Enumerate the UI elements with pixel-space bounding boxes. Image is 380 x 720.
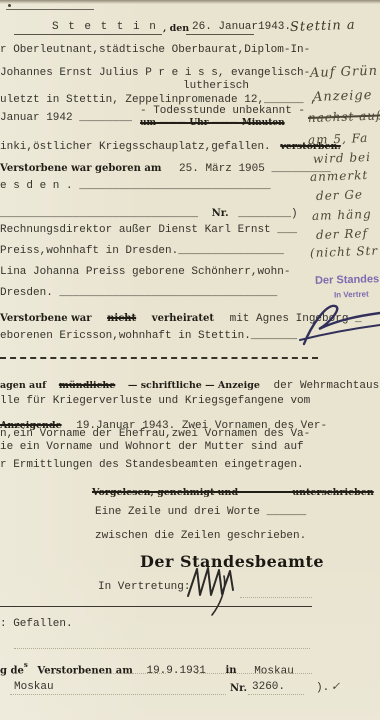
marriage-superscript: s xyxy=(24,660,28,669)
faint-line xyxy=(14,648,310,649)
margin-note: nachst auß xyxy=(308,108,380,125)
preprint-nr: Nr. xyxy=(212,208,229,219)
footer-underline-2 xyxy=(248,694,304,695)
signature-underline xyxy=(240,597,312,598)
report-typed-5: ie ein Vorname und Wohnort der Mutter si… xyxy=(0,441,304,453)
margin-note: anmerkt xyxy=(310,168,369,184)
preprint-report-1: agen auf xyxy=(0,380,46,391)
correction-line-2: zwischen die Zeilen geschrieben. xyxy=(95,530,306,542)
cause-of-death: : Gefallen. xyxy=(0,618,73,630)
line-father-1: Rechnungsdirektor außer Dienst Karl Erns… xyxy=(0,224,297,236)
dateline-den: , den xyxy=(163,23,189,34)
margin-note: am häng xyxy=(312,207,372,223)
dateline-underline-1 xyxy=(14,34,162,35)
line-death-hour: - Todesstunde unbekannt - xyxy=(140,105,305,117)
registrar-signature xyxy=(186,564,248,616)
marriage-place-underline xyxy=(196,673,312,674)
marriage-preprint-2: Verstorbenen am xyxy=(37,665,132,676)
nr-blank2: ________) xyxy=(238,208,297,220)
report-typed-6: r Ermittlungen des Standesbeamten einget… xyxy=(0,459,304,471)
preprint-born: Verstorbene war geboren am xyxy=(0,163,161,174)
margin-signature xyxy=(296,298,380,350)
marriage-row: g des Verstorbenen am 19.9.1931 in Moska… xyxy=(0,660,294,678)
line-birth-date: 25. März 1905 _________ xyxy=(179,163,331,175)
footer-nr-label: Nr. xyxy=(230,683,247,694)
line-mother-2: Dresden. _______________________________… xyxy=(0,287,277,299)
in-vertretung-label: In Vertretung: xyxy=(98,581,190,593)
preprint-hour-struck: um ——— Uhr ——— Minuten xyxy=(140,118,285,128)
line-mother-1: Lina Johanna Preiss geborene Schönherr,w… xyxy=(0,266,290,278)
line-occupation: r Oberleutnant,städtische Oberbaurat,Dip… xyxy=(0,44,310,56)
marriage-preprint-1: g de xyxy=(0,665,24,676)
dateline-year: 1943. xyxy=(258,21,291,33)
footer-nr-value: 3260. xyxy=(252,681,285,693)
nr-blank: ______________________________ xyxy=(0,208,198,220)
marriage-date: 19.9.1931 xyxy=(146,665,205,677)
line-death-place-row: inki,östlicher Kriegsschauplatz,gefallen… xyxy=(0,136,341,154)
margin-note: Auf Grün xyxy=(310,64,379,81)
line-report-row: agen auf mündliche — schriftliche — Anze… xyxy=(0,375,380,393)
corner-dot xyxy=(8,4,11,7)
line-religion: lutherisch xyxy=(183,80,249,92)
preprint-vorgelesen-struck: Vorgelesen, genehmigt und ————— untersch… xyxy=(92,487,374,498)
footer-checkmark: ✓ xyxy=(331,680,342,693)
line-name: Johannes Ernst Julius P r e i s s, evang… xyxy=(0,67,310,79)
dateline-place: S t e t t i n xyxy=(52,21,157,33)
marriage-place-2: Moskau xyxy=(14,681,54,693)
line-death-date: Januar 1942 ________ xyxy=(0,112,132,124)
report-typed-4: n,ein Vorname der Ehefrau,zwei Vornamen … xyxy=(0,428,310,440)
line-death-place: inki,östlicher Kriegsschauplatz,gefallen… xyxy=(0,141,271,153)
margin-hand-top: Stettin a xyxy=(290,18,356,35)
line-birth-place: e s d e n . ____________________________… xyxy=(0,180,271,192)
marriage-place: Moskau xyxy=(254,665,294,677)
report-typed-2: lle für Kriegerverluste und Kriegsgefang… xyxy=(0,395,310,407)
marriage-date-underline xyxy=(104,673,166,674)
preprint-married-2: verheiratet xyxy=(152,313,214,324)
footer-rule xyxy=(0,606,312,607)
preprint-muendliche-struck: mündliche xyxy=(59,380,115,391)
line-spouse-2: eborenen Ericsson,wohnhaft in Stettin.__… xyxy=(0,330,297,342)
marriage-in: in xyxy=(226,665,237,676)
footer-underline-1 xyxy=(10,694,226,695)
preprint-nicht-struck: nicht xyxy=(107,313,136,324)
margin-note: wird bei xyxy=(313,150,371,166)
report-typed-1: der Wehrmachtaus- xyxy=(274,380,380,392)
correction-line-1: Eine Zeile und drei Worte ______ xyxy=(95,506,306,518)
line-father-2: Preiss,wohnhaft in Dresden._____________… xyxy=(0,245,284,257)
margin-note: Anzeige xyxy=(313,88,373,105)
margin-note: am 5, Fa xyxy=(308,131,369,147)
registrar-stamp-line1: Der Standes xyxy=(315,273,379,287)
dateline-underline-2 xyxy=(186,34,254,35)
corner-underline xyxy=(6,9,94,10)
dateline-date: 26. Januar xyxy=(192,21,258,33)
preprint-report-2: — schriftliche — Anzeige xyxy=(128,380,260,391)
footer-paren: ). xyxy=(316,682,329,694)
line-nr-row: ______________________________ Nr. _____… xyxy=(0,203,298,221)
preprint-married-1: Verstorbene war xyxy=(0,313,91,324)
death-record-document: S t e t t i n , den 26. Januar 1943. r O… xyxy=(0,0,380,720)
margin-note: der Ref xyxy=(316,226,368,242)
margin-note: (nicht Str xyxy=(310,244,379,260)
section-divider xyxy=(0,357,318,359)
margin-note: der Ge xyxy=(316,187,363,203)
line-born-row: Verstorbene war geboren am 25. März 1905… xyxy=(0,158,331,176)
